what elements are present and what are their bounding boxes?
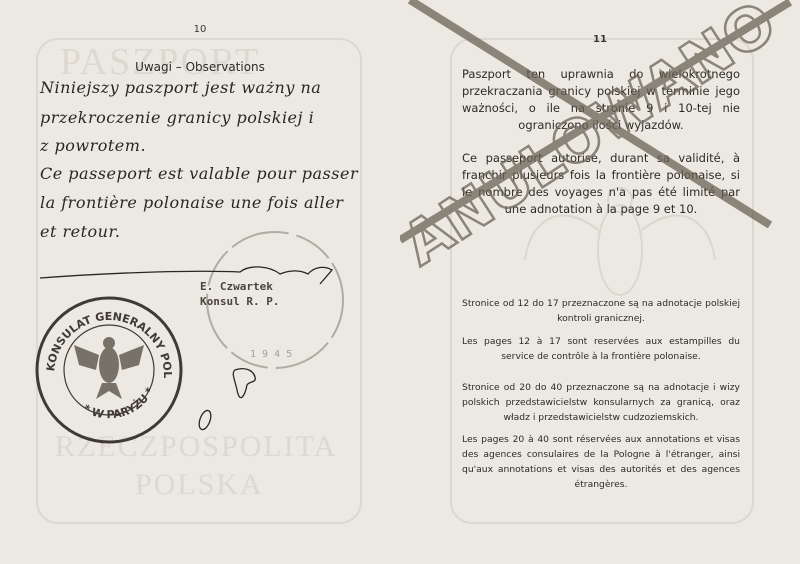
right-page: 11 Paszport ten uprawnia do wielokrotneg… — [400, 0, 800, 564]
note-french-20-40: Les pages 20 à 40 sont réservées aux ann… — [462, 432, 740, 492]
consul-title-stamp: Konsul R. P. — [200, 295, 279, 308]
paragraph-polish: Paszport ten uprawnia do wielokrotnego p… — [462, 66, 740, 134]
page-title: Uwagi – Observations — [0, 60, 400, 74]
note-polish-20-40: Stronice od 20 do 40 przeznaczone są na … — [462, 380, 740, 425]
consulate-seal-icon: KONSULAT GENERALNY POLSKI * W PARYŻU * — [34, 295, 184, 445]
handwritten-mark-icon — [195, 365, 275, 435]
handwritten-line: Niniejszy paszport jest ważny na — [40, 78, 321, 97]
note-french-12-17: Les pages 12 à 17 sont reservées aux est… — [462, 334, 740, 364]
svg-text:1 9 4 5: 1 9 4 5 — [250, 349, 292, 360]
consul-name-stamp: E. Czwartek — [200, 280, 273, 293]
passport-spread: PASZPORT RZECZPOSPOLITA POLSKA 10 Uwagi … — [0, 0, 800, 564]
watermark-bottom-2: POLSKA — [135, 468, 264, 502]
svg-text:* W PARYŻU *: * W PARYŻU * — [81, 385, 157, 421]
handwritten-line: przekroczenie granicy polskiej i — [40, 108, 314, 127]
signature-icon — [40, 266, 340, 286]
handwritten-line: Ce passeport est valable pour passer — [40, 164, 358, 183]
left-page: PASZPORT RZECZPOSPOLITA POLSKA 10 Uwagi … — [0, 0, 400, 564]
note-polish-12-17: Stronice od 12 do 17 przeznaczone są na … — [462, 296, 740, 326]
paragraph-french: Ce passeport autorise, durant sa validit… — [462, 150, 740, 218]
page-number: 11 — [400, 34, 800, 45]
handwritten-line: et retour. — [40, 222, 120, 241]
handwritten-line: z powrotem. — [40, 136, 146, 155]
handwritten-line: la frontière polonaise une fois aller — [40, 193, 343, 212]
page-number: 10 — [0, 24, 400, 35]
